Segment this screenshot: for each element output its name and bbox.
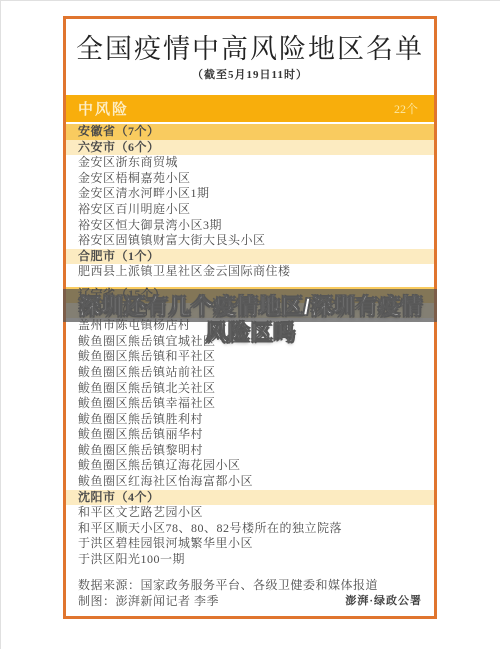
list-row-item: 鲅鱼圈区熊岳镇和平社区 bbox=[66, 349, 434, 365]
footer: 数据来源：国家政务服务平台、各级卫健委和媒体报道 制图：澎湃新闻记者 李季 澎湃… bbox=[66, 577, 434, 609]
list-row-item: 鲅鱼圈区熊岳镇丽华村 bbox=[66, 427, 434, 443]
list-row-item: 和平区文艺路艺园小区 bbox=[66, 505, 434, 521]
medium-risk-header: 中风险 22个 bbox=[66, 95, 434, 122]
list-row-city: 六安市（6个） bbox=[66, 140, 434, 156]
row-gap bbox=[66, 280, 434, 287]
list-row-item: 鲅鱼圈区熊岳镇辽海花园小区 bbox=[66, 458, 434, 474]
list-row-item: 金安区清水河畔小区1期 bbox=[66, 186, 434, 202]
medium-risk-count: 22个 bbox=[394, 100, 418, 117]
list-row-item: 鲅鱼圈区熊岳镇黎明村 bbox=[66, 443, 434, 459]
list-row-city: 沈阳市（4个） bbox=[66, 490, 434, 506]
list-row-item: 裕安区恒大御景湾小区3期 bbox=[66, 218, 434, 234]
list-row-item: 和平区顺天小区78、80、82号楼所在的独立院落 bbox=[66, 521, 434, 537]
thepaper-logo: 澎湃·绿政公署 bbox=[345, 593, 422, 609]
list-row-item: 裕安区固镇镇财富大街大艮头小区 bbox=[66, 233, 434, 249]
caption-line-1: 深圳还有几个疫情地区/深圳有疫情 bbox=[1, 294, 500, 320]
list-row-item: 金安区浙东商贸城 bbox=[66, 155, 434, 171]
list-row-item: 裕安区百川明庭小区 bbox=[66, 202, 434, 218]
list-row-item: 鲅鱼圈区熊岳镇幸福社区 bbox=[66, 396, 434, 412]
infographic-page: 全国疫情中高风险地区名单 （截至5月19日11时） 中风险 22个 安徽省（7个… bbox=[0, 0, 500, 649]
page-title: 全国疫情中高风险地区名单 bbox=[66, 31, 434, 67]
list-row-item: 鲅鱼圈区熊岳镇胜利村 bbox=[66, 412, 434, 428]
as-of-date: （截至5月19日11时） bbox=[66, 68, 434, 83]
list-row-item: 鲅鱼圈区熊岳镇站前社区 bbox=[66, 365, 434, 381]
data-source: 数据来源：国家政务服务平台、各级卫健委和媒体报道 bbox=[78, 577, 422, 593]
list-row-item: 肥西县上派镇卫星社区金云国际商住楼 bbox=[66, 264, 434, 280]
list-row-item: 鲅鱼圈区熊岳镇北关社区 bbox=[66, 381, 434, 397]
list-row-item: 于洪区碧桂园银河城繁华里小区 bbox=[66, 536, 434, 552]
list-row-item: 鲅鱼圈区红海社区怡海富都小区 bbox=[66, 474, 434, 490]
credit-line: 制图：澎湃新闻记者 李季 澎湃·绿政公署 bbox=[78, 593, 422, 609]
credit-text: 制图：澎湃新闻记者 李季 bbox=[78, 593, 219, 609]
list-row-item: 于洪区阳光100一期 bbox=[66, 552, 434, 568]
caption-overlay: 深圳还有几个疫情地区/深圳有疫情 风险区吗 bbox=[1, 294, 500, 346]
medium-risk-label: 中风险 bbox=[78, 98, 129, 119]
list-row-province: 安徽省（7个） bbox=[66, 124, 434, 140]
caption-line-2: 风险区吗 bbox=[1, 320, 500, 346]
list-row-city: 合肥市（1个） bbox=[66, 249, 434, 265]
list-row-item: 金安区梧桐嘉苑小区 bbox=[66, 171, 434, 187]
